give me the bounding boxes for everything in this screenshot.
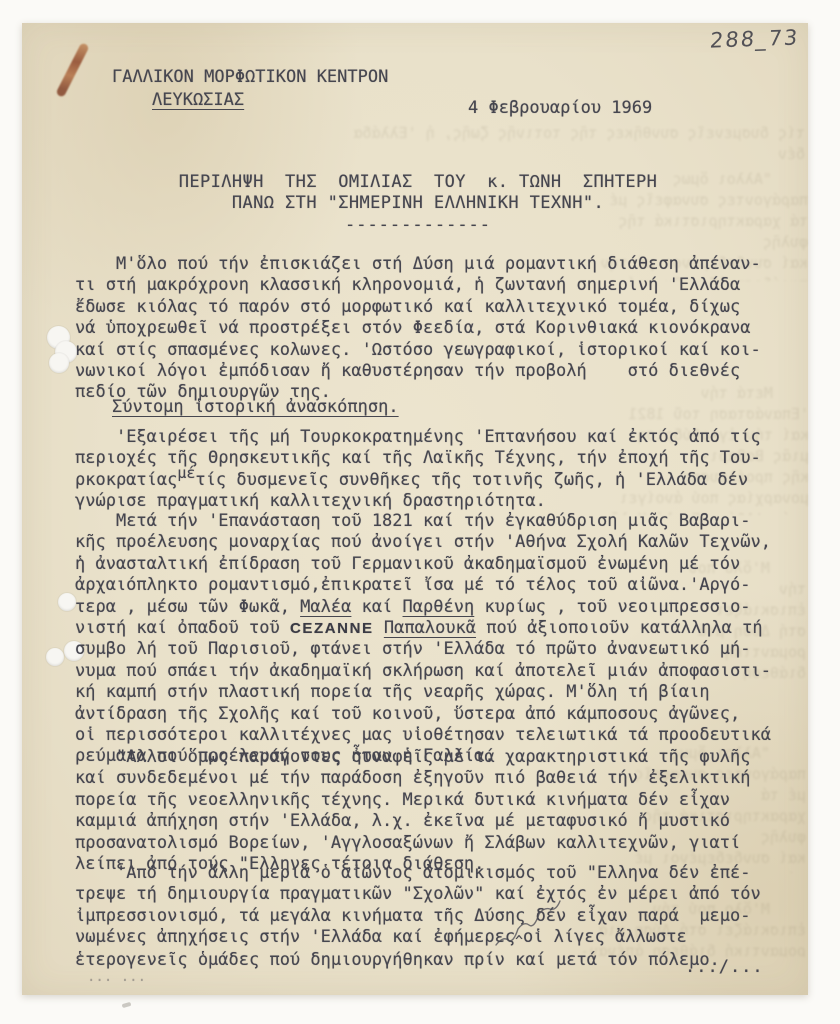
- paragraph-1: Μ'ὅλο πού τήν ἐπισκιάζει στή Δύση μιά ρο…: [75, 254, 781, 404]
- stray-dots: ... ...: [87, 967, 146, 988]
- punch-hole: [58, 593, 76, 611]
- paragraph-5: 'Από τήν ἄλλη μεριά ὁ αἰώνιος ἀτομικισμό…: [75, 863, 781, 971]
- underlined-name-malea: Μαλέα: [300, 597, 351, 617]
- rust-stain: [55, 42, 89, 98]
- section-heading: Σύντομη ἱστορική ἀνασκόπηση.: [112, 397, 399, 418]
- bleedthrough-text: τίς δυσμενεῖς συνθῆκες τῆς τοτινῆς ζωῆς,…: [335, 123, 805, 167]
- underlined-name-papaloukas: Παπαλουκᾶ: [384, 618, 476, 638]
- punch-hole: [46, 648, 64, 666]
- paragraph-4: "Αλλοι ὅμως παράγοντες συναφεῖς μέ τά χα…: [75, 747, 781, 875]
- scanned-document: τίς δυσμενεῖς συνθῆκες τῆς τοτινῆς ζωῆς,…: [0, 0, 840, 1024]
- handwritten-doc-number: 288_73: [709, 25, 800, 52]
- title-rule: -------------: [140, 215, 696, 236]
- punch-hole: [49, 353, 69, 373]
- org-name-line1: ΓΑΛΛΙΚΟΝ ΜΟΡΦΩΤΙΚΟΝ ΚΕΝΤΡΟΝ: [112, 67, 388, 88]
- document-date: 4 Φεβρουαρίου 1969: [468, 98, 652, 119]
- paragraph-3-text: πού ἀξιοποιοῦν κατάλληλα τή συμβο λή τοῦ…: [75, 618, 771, 766]
- document-page: τίς δυσμενεῖς συνθῆκες τῆς τοτινῆς ζωῆς,…: [22, 23, 808, 995]
- document-title: ΠΕΡΙΛΗΨΗ ΤΗΣ ΟΜΙΛΙΑΣ ΤΟΥ κ. ΤΩΝΗ ΣΠΗΤΕΡΗ…: [140, 172, 696, 236]
- paragraph-3-text: καί: [351, 597, 402, 617]
- org-name-line2: ΛΕΥΚΩΣΙΑΣ: [152, 90, 244, 111]
- continuation-mark: .../...: [685, 957, 764, 978]
- underlined-name-partheni: Παρθένη: [403, 597, 475, 617]
- scanner-speck: [122, 1002, 132, 1008]
- cezanne-stamped-name: CEZANNE: [290, 620, 374, 637]
- title-line1: ΠΕΡΙΛΗΨΗ ΤΗΣ ΟΜΙΛΙΑΣ ΤΟΥ κ. ΤΩΝΗ ΣΠΗΤΕΡΗ: [179, 172, 658, 192]
- paragraph-3: Μετά τήν 'Επανάσταση τοῦ 1821 καί τήν ἐγ…: [75, 511, 787, 768]
- paragraph-3-text: [374, 618, 384, 638]
- paragraph-2: 'Εξαιρέσει τῆς μή Τουρκοκρατημένης 'Επτα…: [75, 427, 781, 513]
- title-line2: ΠΑΝΩ ΣΤΗ "ΣΗΜΕΡΙΝΗ ΕΛΛΗΝΙΚΗ ΤΕΧΝΗ".: [232, 193, 604, 213]
- typed-insertion: μέ: [177, 464, 195, 482]
- handwritten-scribble: [490, 899, 566, 951]
